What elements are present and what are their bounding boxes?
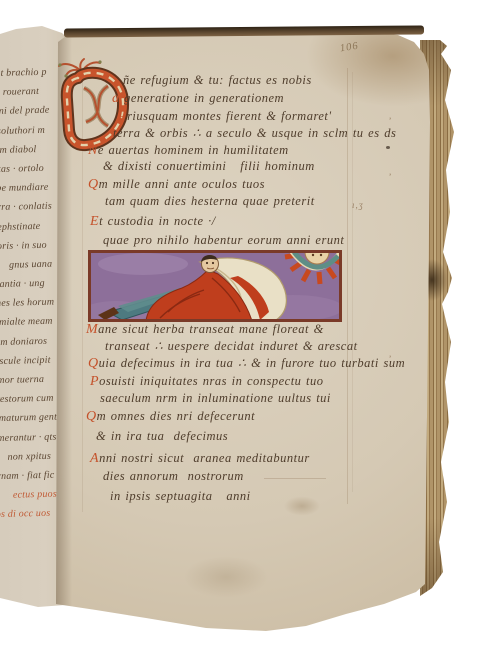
marginal-mark: ’ (388, 116, 392, 126)
text-line: & dixisti conuertimini filii hominum (103, 159, 315, 173)
line-text: tam quam dies hesterna quae preterit (105, 194, 315, 208)
text-line: Priusquam montes fierent & formaret' (118, 109, 332, 124)
text-line: tam quam dies hesterna quae preterit (105, 194, 315, 208)
line-text: t custodia in nocte ·/ (99, 214, 216, 228)
left-page-fragment: gnus uana (0, 255, 53, 277)
text-line: in ipsis septuagita anni (110, 489, 251, 503)
line-text: m mille anni ante oculos tuos (99, 177, 265, 191)
line-text: transeat ∴ uespere decidat induret & are… (105, 339, 358, 353)
marginal-mark: ’ (388, 354, 392, 364)
text-line: transeat ∴ uespere decidat induret & are… (105, 339, 358, 353)
line-text: in ipsis septuagita anni (110, 489, 251, 503)
left-page-text-fragments: entiam est brachio pam omnis rouerantbra… (0, 63, 60, 526)
line-initial: M (86, 322, 98, 337)
line-text: riusquam montes fierent & formaret' (127, 109, 332, 123)
text-line: quae pro nihilo habentur eorum anni erun… (103, 233, 344, 247)
line-text: ane sicut herba transeat mane floreat & (98, 322, 324, 336)
line-text: & in ira tua defecimus (96, 429, 228, 443)
marginal-mark: ı,ʒ (352, 200, 364, 210)
left-page-fragment: terra · conlatis (0, 197, 52, 219)
line-initial: A (90, 451, 99, 466)
left-page-fragment: persu ñ ephstinate (0, 216, 41, 238)
left-page-fragment: nuarii soluthori m (0, 120, 45, 142)
text-line: Mane sicut herba transeat mane floreat & (86, 322, 324, 337)
left-page-fragment: os di occ uos (0, 504, 51, 526)
line-text: quae pro nihilo habentur eorum anni erun… (103, 233, 344, 247)
right-page: 106 (56, 32, 430, 633)
line-text: terra & orbis ∴ a seculo & usque in sclm… (113, 126, 396, 140)
marginal-mark: ’ (388, 172, 392, 182)
text-block: ñe refugium & tu: factus es nobisa gener… (56, 32, 430, 633)
text-line: Et custodia in nocte ·/ (90, 214, 216, 229)
line-text: e auertas hominem in humilitatem (98, 143, 289, 157)
text-line: Ne auertas hominem in humilitatem (88, 143, 289, 158)
line-text: osuisti iniquitates nras in conspectu tu… (99, 374, 323, 388)
line-text: nni nostri sicut aranea meditabuntur (99, 451, 310, 465)
left-page-fragment: entiam est brachio p (0, 63, 47, 85)
text-line: terra & orbis ∴ a seculo & usque in sclm… (113, 126, 396, 140)
line-text: m omnes dies nri defecerunt (97, 409, 255, 423)
line-initial: a (112, 91, 120, 106)
left-page-fragment: mee maturum gent (0, 408, 57, 430)
line-text: uia defecimus in ira tua ∴ & in furore t… (99, 356, 405, 370)
left-page-fragment: bram uani del prade (0, 101, 50, 123)
line-initial: P (118, 109, 127, 124)
left-page-fragment: um doniaros (0, 331, 47, 353)
line-text: dies annorum nostrorum (103, 469, 244, 483)
photo-of-manuscript: { "photo": { "background_color": "#fffff… (0, 0, 500, 646)
text-line: Qm omnes dies nri defecerunt (86, 409, 255, 424)
text-line: dies annorum nostrorum (103, 469, 244, 483)
line-text: & dixisti conuertimini filii hominum (103, 159, 315, 173)
line-text: generatione in generationem (120, 91, 285, 105)
line-initial: Q (88, 356, 99, 371)
left-page-fragment: us & omialte meam (0, 312, 53, 334)
line-text: saeculum nrm in inluminatione uultus tui (100, 391, 331, 405)
text-line: ñe refugium & tu: factus es nobis (123, 73, 312, 87)
text-line: Posuisti iniquitates nras in conspectu t… (90, 374, 324, 389)
text-line: a generatione in generationem (112, 91, 284, 106)
text-line: Qm mille anni ante oculos tuos (88, 177, 265, 192)
text-line: Anni nostri sicut aranea meditabuntur (90, 451, 310, 466)
text-line: saeculum nrm in inluminatione uultus tui (100, 391, 331, 405)
line-initial: P (90, 374, 99, 389)
text-line: & in ira tua defecimus (96, 429, 228, 443)
text-line: Quia defecimus in ira tua ∴ & in furore … (88, 356, 405, 371)
line-text: ñe refugium & tu: factus es nobis (123, 73, 312, 87)
line-initial: Q (88, 177, 99, 192)
line-initial: Q (86, 409, 97, 424)
line-initial: E (90, 214, 99, 229)
line-initial: N (88, 143, 98, 158)
